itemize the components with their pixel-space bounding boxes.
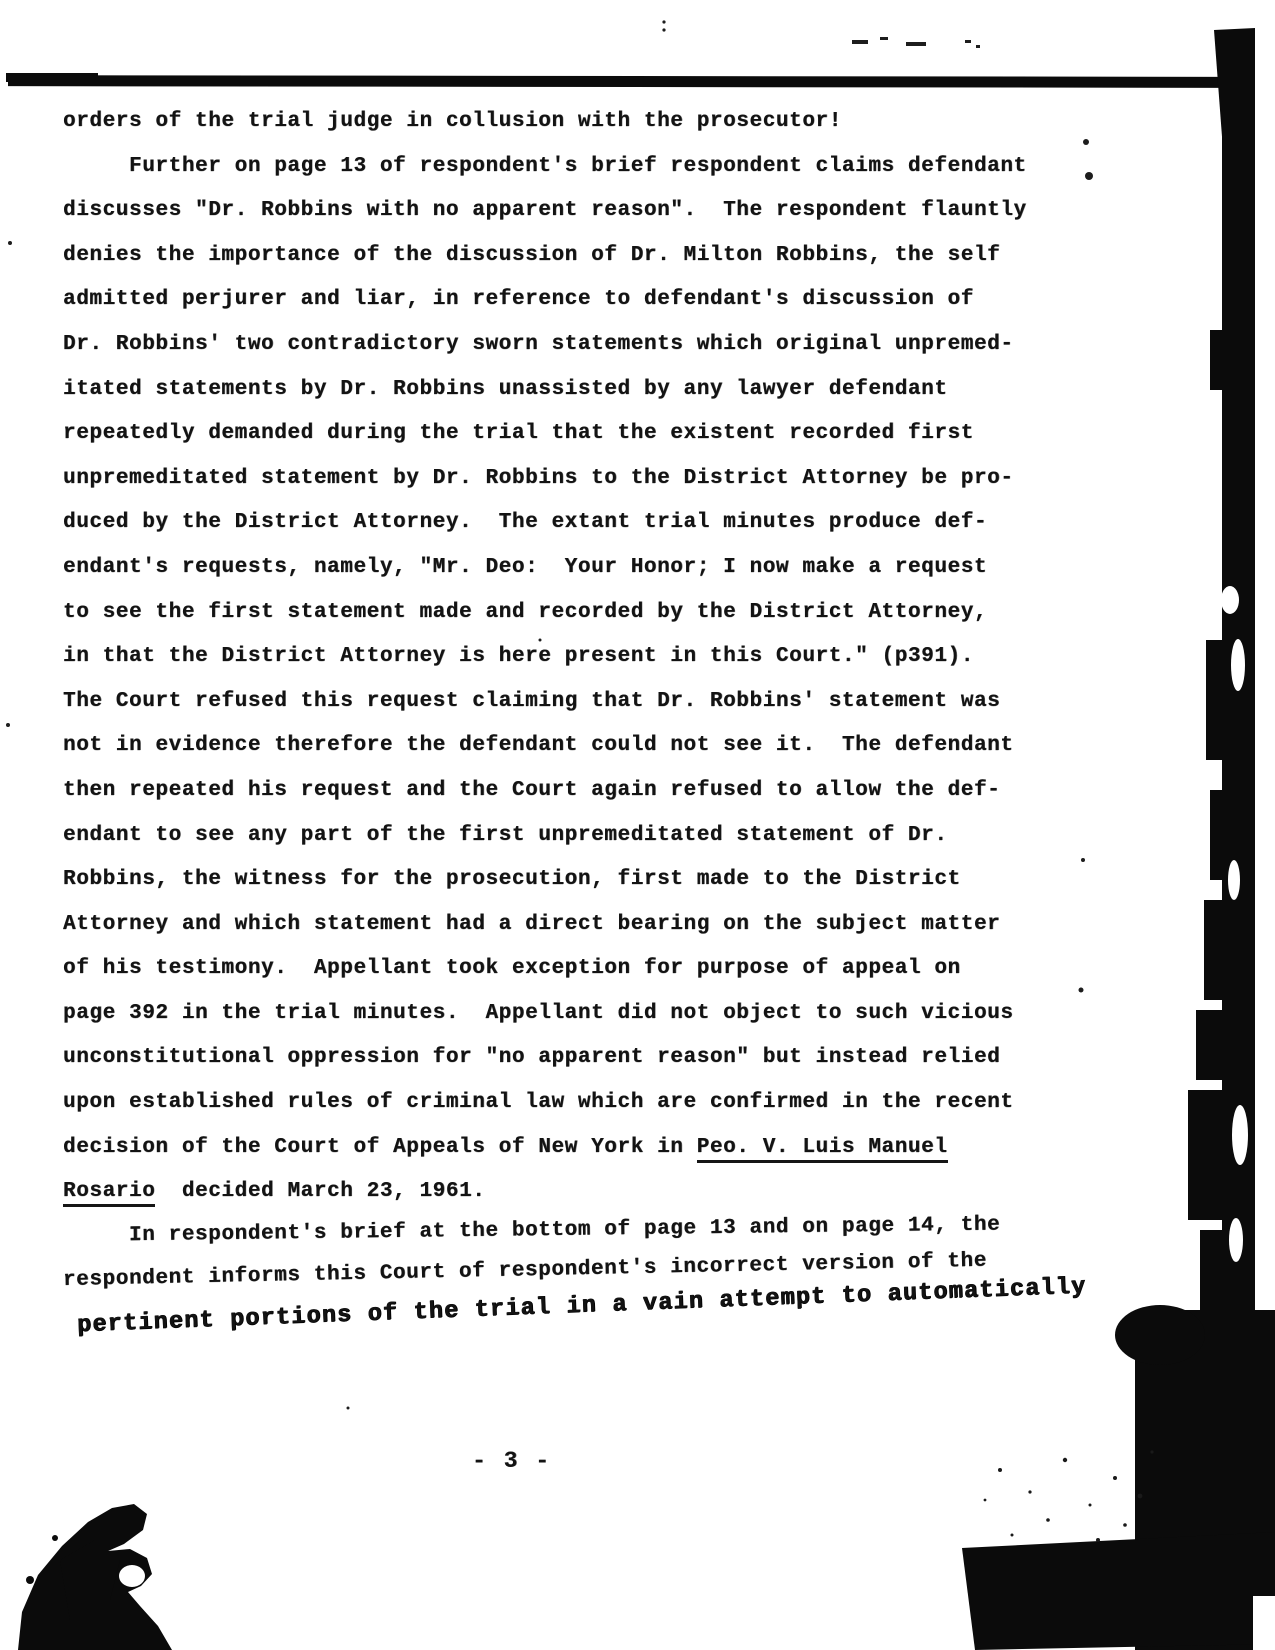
text-line: unconstitutional oppression for "no appa… [63, 1036, 1083, 1081]
text-line: Dr. Robbins' two contradictory sworn sta… [63, 323, 1083, 368]
text-line: The Court refused this request claiming … [63, 680, 1083, 725]
text-line: endant to see any part of the first unpr… [63, 814, 1083, 859]
page-text: orders of the trial judge in collusion w… [63, 100, 1083, 1349]
page-number: - 3 - [472, 1448, 551, 1474]
text-line: itated statements by Dr. Robbins unassis… [63, 368, 1083, 413]
text-line: Robbins, the witness for the prosecution… [63, 858, 1083, 903]
text-line: repeatedly demanded during the trial tha… [63, 412, 1083, 457]
text-line: not in evidence therefore the defendant … [63, 724, 1083, 769]
bottom-right-speckles [984, 1450, 1154, 1542]
text-segment: decision of the Court of Appeals of New … [63, 1136, 697, 1159]
text-line: upon established rules of criminal law w… [63, 1081, 1083, 1126]
text-line: in that the District Attorney is here pr… [63, 635, 1083, 680]
text-line: unpremeditated statement by Dr. Robbins … [63, 457, 1083, 502]
text-line: discusses "Dr. Robbins with no apparent … [63, 189, 1083, 234]
top-horizontal-rule [8, 75, 1226, 88]
text-line: then repeated his request and the Court … [63, 769, 1083, 814]
text-line: endant's requests, namely, "Mr. Deo: You… [63, 546, 1083, 591]
bottom-right-white-notch [1253, 1596, 1275, 1650]
text-line: orders of the trial judge in collusion w… [63, 100, 1083, 145]
text-line: Further on page 13 of respondent's brief… [63, 145, 1083, 190]
text-line: Attorney and which statement had a direc… [63, 903, 1083, 948]
bottom-right-ink-block [962, 1305, 1275, 1650]
right-band-white-holes [1221, 586, 1248, 1498]
text-segment: decided March 23, 1961. [155, 1180, 485, 1203]
scanned-page: orders of the trial judge in collusion w… [0, 0, 1275, 1650]
text-line: decision of the Court of Appeals of New … [63, 1126, 1083, 1171]
text-line: denies the importance of the discussion … [63, 234, 1083, 279]
case-citation-underlined: Rosario [63, 1180, 155, 1207]
text-line: of his testimony. Appellant took excepti… [63, 947, 1083, 992]
text-line: duced by the District Attorney. The exta… [63, 501, 1083, 546]
text-line: to see the first statement made and reco… [63, 591, 1083, 636]
text-line: page 392 in the trial minutes. Appellant… [63, 992, 1083, 1037]
right-edge-scan-band [1188, 28, 1255, 1640]
text-line: admitted perjurer and liar, in reference… [63, 278, 1083, 323]
case-citation-underlined: Peo. V. Luis Manuel [697, 1136, 948, 1163]
bottom-left-ink-blot [18, 1504, 172, 1650]
